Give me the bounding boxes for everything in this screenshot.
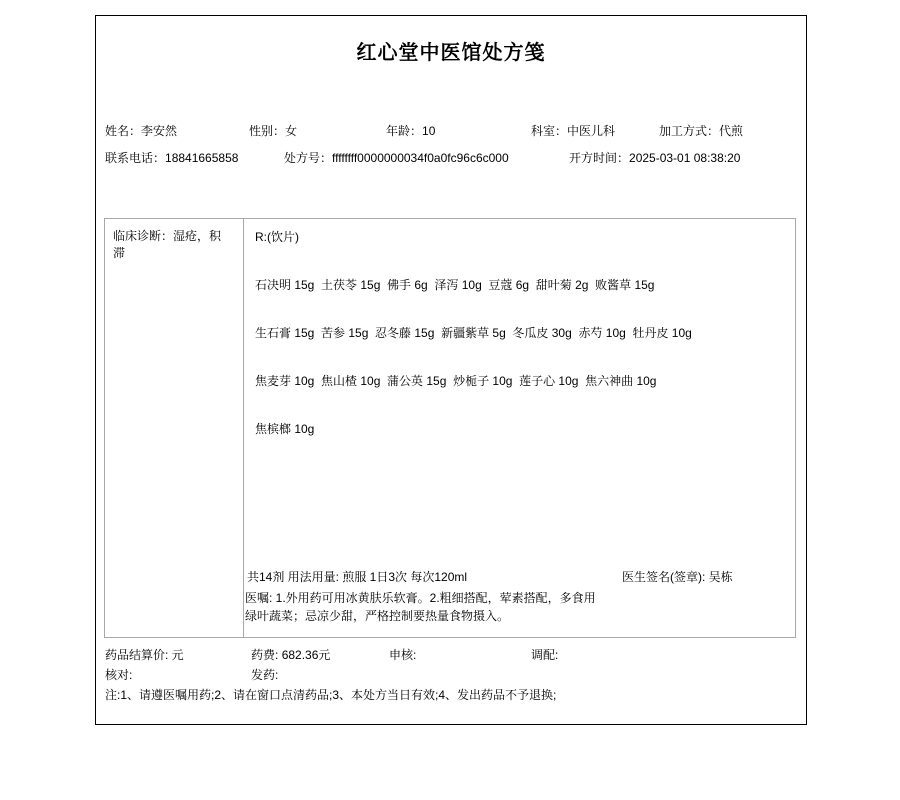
- phone-label: 联系电话：: [105, 151, 165, 165]
- herb-line-3: 焦麦芽 10g 焦山楂 10g 蒲公英 15g 炒栀子 10g 莲子心 10g …: [255, 374, 656, 389]
- prescription-number-value: ffffffff0000000034f0a0fc96c6c000: [332, 151, 509, 165]
- gender-label: 性别：: [249, 124, 285, 138]
- processing-method-label: 加工方式：: [659, 124, 719, 138]
- field-phone: 联系电话：18841665858: [105, 151, 238, 166]
- prescription-time-value: 2025-03-01 08:38:20: [629, 151, 740, 165]
- medical-instructions-line-2: 绿叶蔬菜；忌凉少甜，严格控制要热量食物摄入。: [245, 607, 509, 625]
- patient-name-label: 姓名：: [105, 124, 141, 138]
- check-field: 核对:: [105, 668, 132, 683]
- phone-value: 18841665858: [165, 151, 238, 165]
- dosage-line: 共14剂 用法用量: 煎服 1日3次 每次120ml: [247, 570, 467, 585]
- field-department: 科室：中医儿科: [531, 124, 615, 139]
- medical-instructions-line-1: 医嘱: 1.外用药可用冰黄肤乐软膏。2.粗细搭配，荤素搭配，多食用: [245, 589, 596, 607]
- field-gender: 性别：女: [249, 124, 297, 139]
- field-prescription-number: 处方号：ffffffff0000000034f0a0fc96c6c000: [284, 151, 509, 166]
- prescription-box: 临床诊断：湿疮，积滞 R:(饮片) 石决明 15g 土茯苓 15g 佛手 6g …: [104, 218, 796, 638]
- gender-value: 女: [285, 124, 297, 138]
- doctor-signature: 医生签名(签章): 吴栋: [622, 570, 733, 585]
- department-value: 中医儿科: [567, 124, 615, 138]
- field-processing-method: 加工方式：代煎: [659, 124, 743, 139]
- diagnosis-label: 临床诊断：: [113, 229, 173, 243]
- field-patient-name: 姓名：李安然: [105, 124, 177, 139]
- herb-line-1: 石决明 15g 土茯苓 15g 佛手 6g 泽泻 10g 豆蔻 6g 甜叶菊 2…: [255, 278, 654, 293]
- settlement-price-field: 药品结算价: 元: [105, 648, 184, 663]
- prescription-number-label: 处方号：: [284, 151, 332, 165]
- herb-line-2: 生石膏 15g 苦参 15g 忍冬藤 15g 新疆紫草 5g 冬瓜皮 30g 赤…: [255, 326, 692, 341]
- herb-line-4: 焦槟榔 10g: [255, 422, 314, 437]
- medicine-fee-value: 682.36元: [278, 648, 330, 662]
- age-value: 10: [422, 124, 435, 138]
- prescription-time-label: 开方时间：: [569, 151, 629, 165]
- medicine-fee-label: 药费:: [251, 648, 278, 662]
- rx-header: R:(饮片): [255, 230, 299, 245]
- prepare-field: 调配:: [531, 648, 558, 663]
- dispense-field: 发药:: [251, 668, 278, 683]
- medicine-fee-field: 药费: 682.36元: [251, 648, 330, 663]
- patient-name-value: 李安然: [141, 124, 177, 138]
- prescription-sheet: 红心堂中医馆处方笺 姓名：李安然 性别：女 年龄：10 科室：中医儿科 加工方式…: [95, 15, 807, 725]
- processing-method-value: 代煎: [719, 124, 743, 138]
- department-label: 科室：: [531, 124, 567, 138]
- field-age: 年龄：10: [386, 124, 435, 139]
- age-label: 年龄：: [386, 124, 422, 138]
- field-prescription-time: 开方时间：2025-03-01 08:38:20: [569, 151, 740, 166]
- diagnosis-cell: 临床诊断：湿疮，积滞: [105, 219, 244, 637]
- note-text: 注:1、请遵医嘱用药;2、请在窗口点清药品;3、本处方当日有效;4、发出药品不予…: [105, 688, 556, 703]
- page-title: 红心堂中医馆处方笺: [96, 36, 806, 65]
- review-field: 申核:: [389, 648, 416, 663]
